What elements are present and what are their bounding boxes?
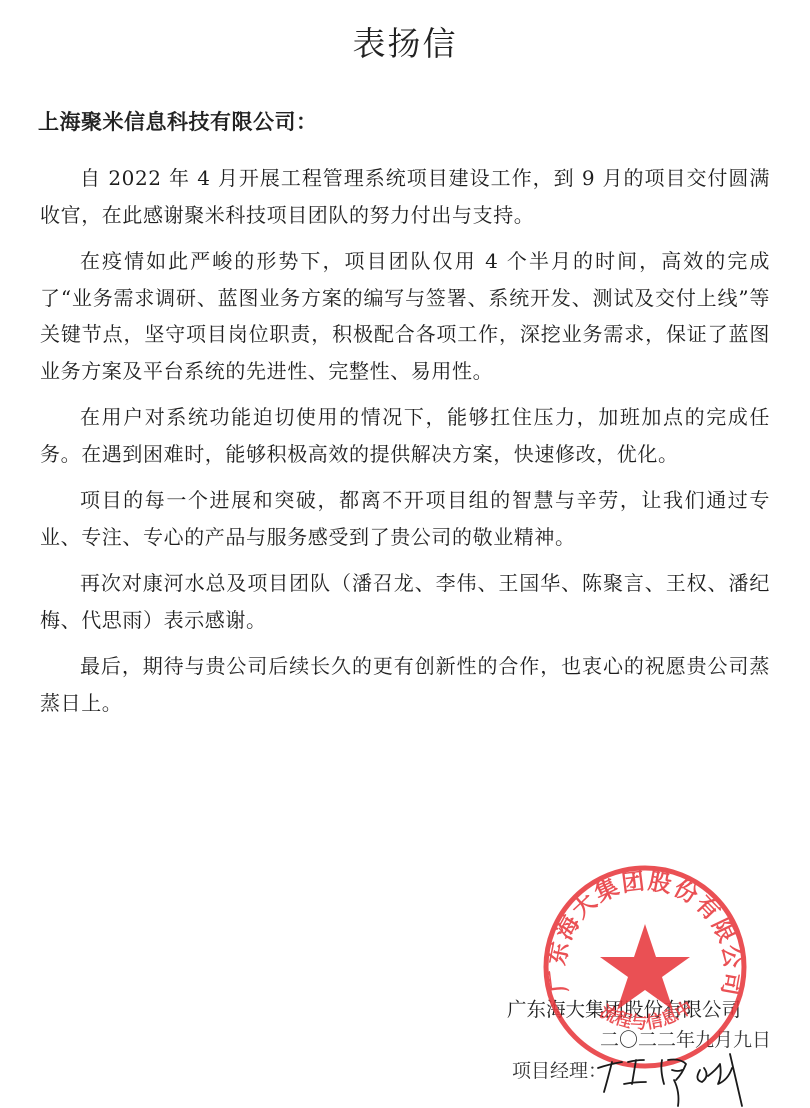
paragraph-2: 在疫情如此严峻的形势下，项目团队仅用 4 个半月的时间，高效的完成了“业务需求调… (40, 243, 770, 389)
paragraph-1: 自 2022 年 4 月开展工程管理系统项目建设工作，到 9 月的项目交付圆满收… (40, 160, 770, 233)
paragraph-5: 再次对康河水总及项目团队（潘召龙、李伟、王国华、陈聚言、王权、潘纪梅、代思雨）表… (40, 565, 770, 638)
paragraph-3: 在用户对系统功能迫切使用的情况下，能够扛住压力，加班加点的完成任务。在遇到困难时… (40, 399, 770, 472)
letter-title: 表扬信 (0, 18, 810, 65)
handwritten-signature-icon (590, 1040, 760, 1108)
addressee: 上海聚米信息科技有限公司： (38, 106, 318, 136)
paragraph-4: 项目的每一个进展和突破，都离不开项目组的智慧与辛劳，让我们通过专业、专注、专心的… (40, 482, 770, 555)
paragraph-6: 最后，期待与贵公司后续长久的更有创新性的合作，也衷心的祝愿贵公司蒸蒸日上。 (40, 648, 770, 721)
star-icon (600, 924, 690, 1010)
letter-body: 自 2022 年 4 月开展工程管理系统项目建设工作，到 9 月的项目交付圆满收… (40, 160, 770, 731)
